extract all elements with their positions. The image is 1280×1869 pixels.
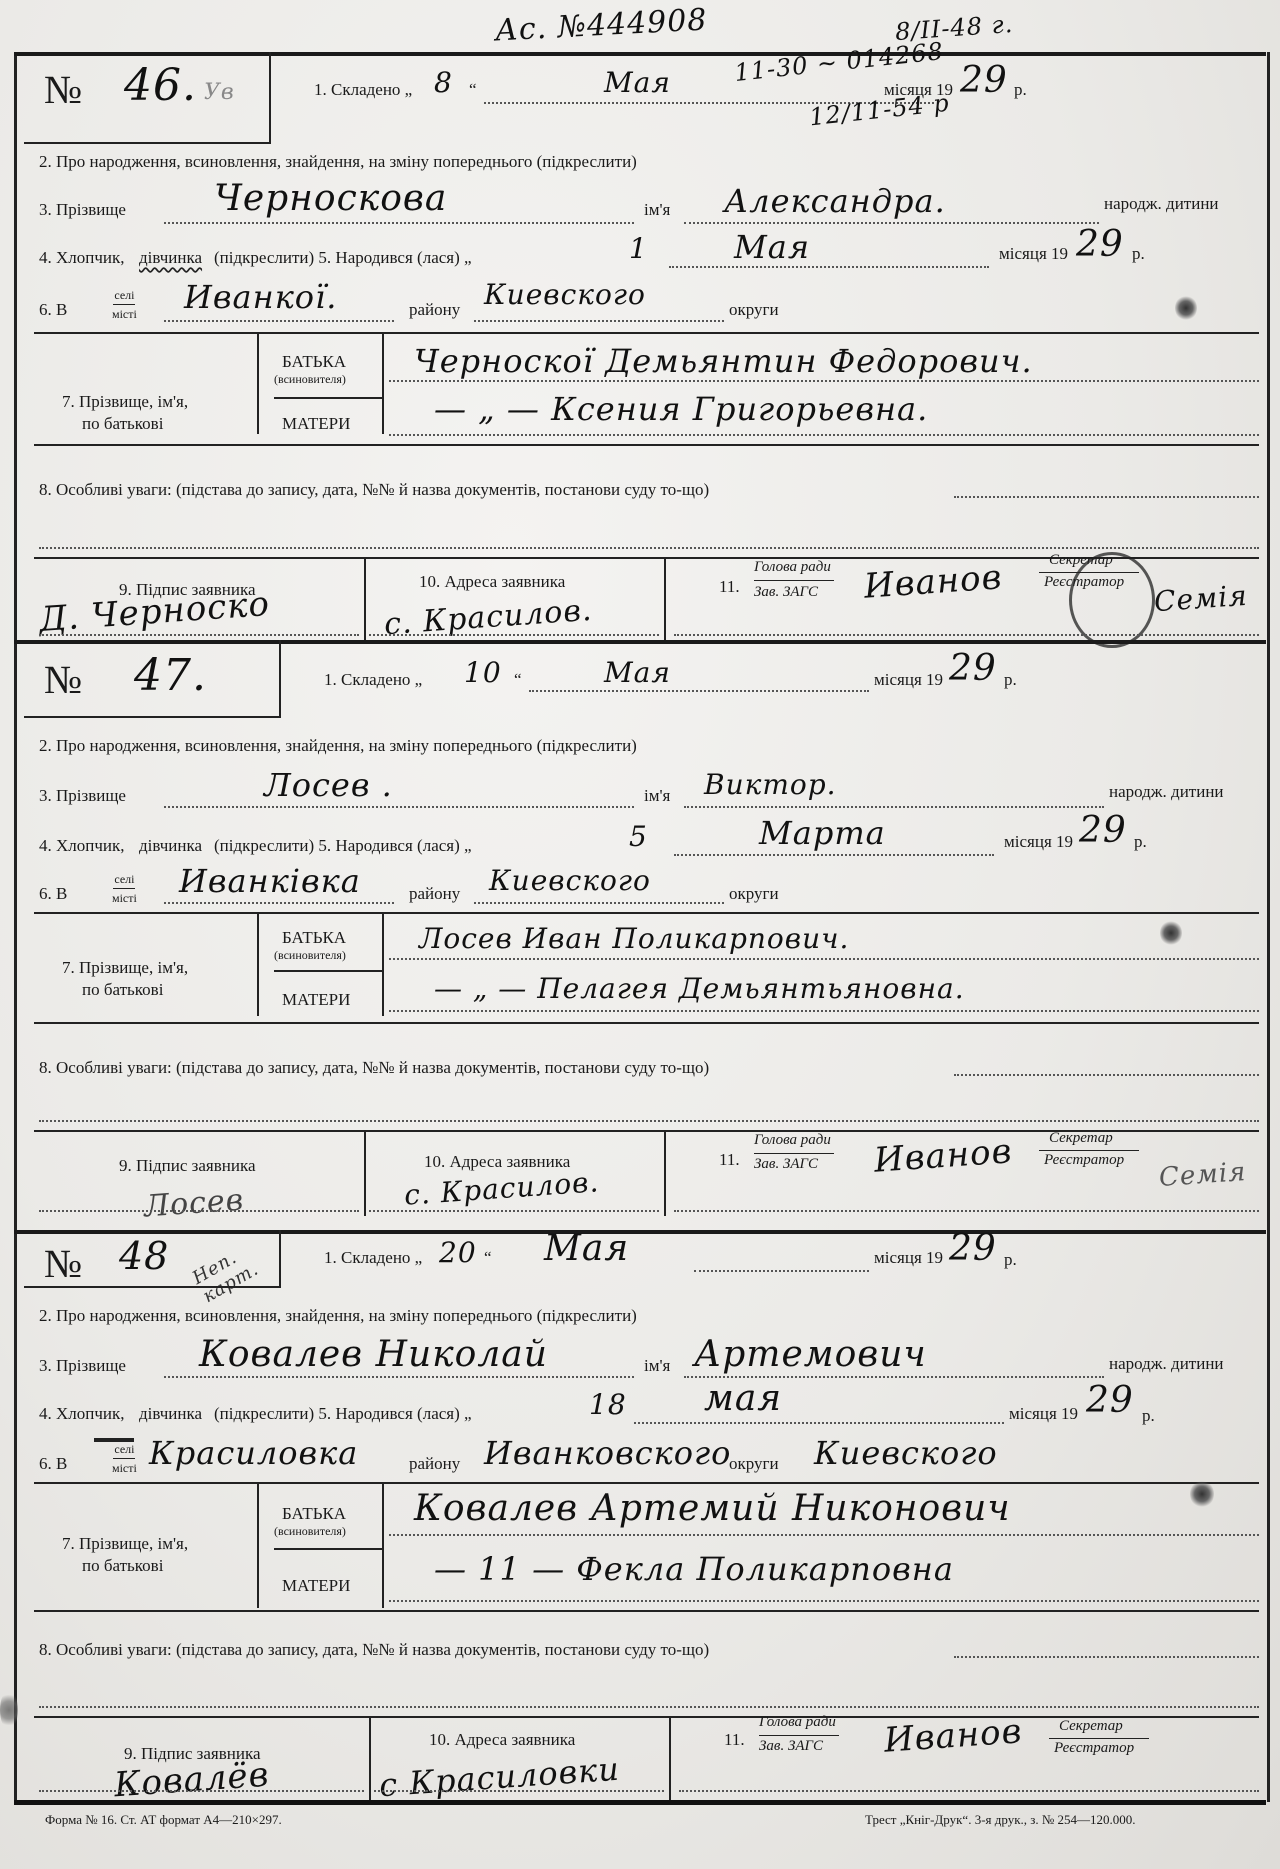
label-given-name: ім'я	[644, 786, 670, 806]
secretary-fraction-bar	[1049, 1738, 1149, 1739]
edge-wear	[0, 1690, 18, 1730]
composed-day: 10	[464, 656, 502, 689]
given-name-value: Александра.	[724, 182, 946, 220]
parents-divider-2	[382, 1484, 384, 1608]
label-born: (підкреслити) 5. Народився (лася) „	[214, 836, 472, 856]
entry-number-note: Неп. карт.	[189, 1231, 279, 1307]
label-parents-2: по батькові	[82, 414, 163, 434]
label-about: 2. Про народження, всиновлення, знайденн…	[39, 1306, 637, 1326]
label-official-num: 11.	[719, 577, 740, 597]
label-secretary: Секретар	[1059, 1718, 1123, 1735]
label-district: району	[409, 884, 460, 904]
label-city: місті	[112, 307, 137, 321]
label-city: місті	[112, 891, 137, 905]
page-bottom-rule	[14, 1800, 1266, 1805]
label-composed: 1. Складено „	[314, 80, 412, 100]
label-notes: 8. Особливі уваги: (підстава до запису, …	[39, 1640, 709, 1660]
head-zags-fraction-bar	[754, 1153, 834, 1154]
label-in: 6. В	[39, 300, 67, 320]
father-value: Черноскої Демьянтин Федорович.	[414, 342, 1033, 380]
birth-month-line	[674, 854, 994, 856]
district-line	[474, 320, 724, 322]
label-girl-underlined: дівчинка	[139, 248, 202, 268]
ink-smudge	[1160, 920, 1182, 946]
label-father: БАТЬКА	[282, 1504, 346, 1524]
year-suffix: р.	[1132, 244, 1145, 264]
applicant-address-value: с. Красилов.	[403, 1165, 600, 1212]
number-sign: №	[44, 66, 82, 113]
sig-divider-1	[364, 1132, 366, 1216]
ink-smudge	[1190, 1480, 1214, 1508]
given-name-line	[684, 806, 1104, 808]
label-born: (підкреслити) 5. Народився (лася) „	[214, 248, 472, 268]
father-value: Ковалев Артемий Никонович	[414, 1488, 1011, 1529]
composed-day: 8	[434, 66, 453, 99]
label-composed: 1. Складено „	[324, 1248, 422, 1268]
label-surname: 3. Прізвище	[39, 1356, 126, 1376]
surname-line	[164, 222, 634, 224]
parents-divider-2	[382, 334, 384, 434]
label-born: (підкреслити) 5. Народився (лася) „	[214, 1404, 472, 1424]
mother-line	[389, 1010, 1259, 1012]
label-registrar: Реєстратор	[1054, 1740, 1134, 1757]
section-rule	[34, 1610, 1259, 1612]
surname-value: Ковалев Николай	[199, 1334, 548, 1375]
given-name-value: Артемович	[694, 1334, 927, 1375]
official-signature: Иванов	[873, 1131, 1014, 1181]
label-city: місті	[112, 1461, 137, 1475]
label-month: місяця 19	[999, 244, 1068, 264]
label-district: району	[409, 300, 460, 320]
label-month: місяця 19	[884, 80, 953, 100]
surname-value: Лосев .	[264, 766, 393, 804]
place-value: Иванківка	[179, 862, 361, 900]
head-zags-fraction-bar	[754, 580, 834, 581]
registrar-signature: Семія	[1158, 1157, 1247, 1193]
notes-line-2	[39, 1120, 1259, 1122]
sig-divider-2	[669, 1718, 671, 1802]
surname-line	[164, 806, 634, 808]
birth-month-line	[634, 1422, 1004, 1424]
register-entry-48: № 48 Неп. карт. 1. Складено „ 20 “ Мая м…	[14, 1230, 1266, 1802]
label-mother: МАТЕРИ	[282, 990, 350, 1010]
composed-month: Мая	[604, 656, 671, 689]
label-birth-child: народж. дитини	[1109, 1354, 1224, 1374]
year-suffix: р.	[1014, 80, 1027, 100]
village-city-fraction: селімісті	[112, 1442, 137, 1475]
birth-month: Марта	[759, 814, 886, 852]
label-zags-head: Зав. ЗАГС	[759, 1738, 823, 1755]
entry-number-note: Ув	[204, 80, 235, 105]
label-village: селі	[114, 872, 134, 886]
number-box-divider	[279, 1230, 281, 1286]
father-mother-split	[274, 970, 384, 972]
entry-number: 46.	[124, 60, 197, 111]
village-city-fraction: селімісті	[112, 872, 137, 905]
composed-day: 20	[439, 1236, 477, 1269]
label-birth-child: народж. дитини	[1109, 782, 1224, 802]
label-okrug: округи	[729, 300, 779, 320]
surname-line	[164, 1376, 634, 1378]
place-value: Иванкої.	[184, 278, 337, 316]
label-adopter: (всиновителя)	[274, 948, 346, 963]
place-line	[164, 320, 394, 322]
parents-divider-1	[257, 1484, 259, 1608]
label-month: місяця 19	[1009, 1404, 1078, 1424]
applicant-sign-line	[39, 1210, 359, 1212]
entry-number-box: № 46. Ув	[24, 52, 274, 142]
notes-line-1	[954, 1074, 1259, 1076]
register-page: Ас. №444908 8/ІІ-48 г. № 46. Ув 1. Склад…	[0, 0, 1280, 1869]
label-okrug: округи	[729, 1454, 779, 1474]
district-value: Иванковского	[484, 1434, 731, 1472]
sig-divider-1	[364, 558, 366, 640]
label-given-name: ім'я	[644, 1356, 670, 1376]
official-sign-line	[674, 634, 1259, 636]
year-suffix: р.	[1134, 832, 1147, 852]
parents-divider-1	[257, 914, 259, 1016]
birth-day: 1	[629, 232, 648, 265]
year-suffix: р.	[1004, 670, 1017, 690]
applicant-sign-line	[39, 1790, 364, 1792]
label-notes: 8. Особливі уваги: (підстава до запису, …	[39, 1058, 709, 1078]
address-line	[369, 1210, 659, 1212]
birth-day: 18	[589, 1388, 627, 1421]
label-girl: дівчинка	[139, 1404, 202, 1424]
composed-dotted-line	[694, 1270, 869, 1272]
year-suffix: р.	[1142, 1406, 1155, 1426]
ink-smudge	[1175, 295, 1197, 321]
label-given-name: ім'я	[644, 200, 670, 220]
label-zags-head: Зав. ЗАГС	[754, 584, 818, 601]
mother-value: — „ — Ксения Григорьевна.	[434, 390, 928, 428]
label-parents-1: 7. Прізвище, ім'я,	[62, 958, 188, 978]
section-rule	[34, 1482, 1259, 1484]
number-box-divider	[269, 52, 271, 144]
label-boy: 4. Хлопчик,	[39, 1404, 125, 1424]
composed-year: 29	[949, 1228, 997, 1269]
head-zags-fraction-bar	[759, 1735, 839, 1736]
section-rule	[34, 1022, 1259, 1024]
father-line	[389, 380, 1259, 382]
father-mother-split	[274, 397, 384, 399]
label-notes: 8. Особливі уваги: (підстава до запису, …	[39, 480, 709, 500]
label-parents-2: по батькові	[82, 980, 163, 1000]
mother-line	[389, 434, 1259, 436]
number-box-divider	[279, 640, 281, 718]
year-suffix: р.	[1004, 1250, 1017, 1270]
label-boy: 4. Хлопчик,	[39, 248, 125, 268]
applicant-signature: Лосев	[143, 1183, 245, 1225]
label-surname: 3. Прізвище	[39, 200, 126, 220]
district-line	[474, 902, 724, 904]
section-rule	[34, 332, 1259, 334]
printer-footer: Трест „Кніг-Друк“. 3-я друк., з. № 254—1…	[865, 1812, 1136, 1828]
archive-reference-note: Ас. №444908	[494, 2, 708, 48]
place-value: Красиловка	[149, 1434, 358, 1472]
address-line	[369, 634, 659, 636]
composed-month: Мая	[544, 1228, 629, 1269]
label-month: місяця 19	[874, 1248, 943, 1268]
label-head-of-council: Голова ради	[754, 559, 831, 576]
label-adopter: (всиновителя)	[274, 372, 346, 387]
number-sign: №	[44, 1240, 82, 1287]
applicant-address-value: с Красиловки	[378, 1750, 621, 1805]
number-sign: №	[44, 656, 82, 703]
quote-close: “	[514, 670, 522, 690]
label-mother: МАТЕРИ	[282, 1576, 350, 1596]
label-mother: МАТЕРИ	[282, 414, 350, 434]
birth-year: 29	[1079, 810, 1127, 851]
label-birth-child: народж. дитини	[1104, 194, 1219, 214]
birth-month-line	[669, 266, 989, 268]
official-sign-line	[679, 1790, 1259, 1792]
father-mother-split	[274, 1548, 384, 1550]
label-parents-2: по батькові	[82, 1556, 163, 1576]
official-sign-line	[674, 1210, 1259, 1212]
label-surname: 3. Прізвище	[39, 786, 126, 806]
label-district: району	[409, 1454, 460, 1474]
label-okrug: округи	[729, 884, 779, 904]
label-applicant-address: 10. Адреса заявника	[429, 1730, 575, 1750]
quote-close: “	[469, 80, 477, 100]
father-line	[389, 1534, 1259, 1536]
applicant-sign-line	[39, 634, 359, 636]
okrug-value: Киевского	[814, 1434, 998, 1472]
given-name-value: Виктор.	[704, 768, 837, 801]
registrar-signature: Семія	[1153, 579, 1249, 618]
secretary-fraction-bar	[1039, 1150, 1139, 1151]
label-parents-1: 7. Прізвище, ім'я,	[62, 1534, 188, 1554]
label-about: 2. Про народження, всиновлення, знайденн…	[39, 736, 637, 756]
place-line	[164, 902, 394, 904]
label-composed: 1. Складено „	[324, 670, 422, 690]
notes-line-1	[954, 496, 1259, 498]
entry-number: 47.	[134, 650, 207, 701]
address-line	[374, 1790, 664, 1792]
section-rule	[34, 444, 1259, 446]
mother-line	[389, 1600, 1259, 1602]
composed-year: 29	[949, 648, 997, 689]
mother-value: — „ — Пелагея Демьянтьяновна.	[434, 972, 965, 1005]
birth-month: Мая	[734, 228, 810, 266]
village-city-fraction: селімісті	[112, 288, 137, 321]
label-month: місяця 19	[1004, 832, 1073, 852]
label-registrar: Реєстратор	[1044, 1152, 1124, 1169]
sig-divider-1	[369, 1718, 371, 1802]
number-box-bottom	[24, 1286, 281, 1288]
birth-year: 29	[1086, 1380, 1134, 1421]
label-month: місяця 19	[874, 670, 943, 690]
composed-year: 29	[960, 60, 1008, 101]
label-village: селі	[114, 288, 134, 302]
label-adopter: (всиновителя)	[274, 1524, 346, 1539]
entry-number: 48	[119, 1234, 169, 1278]
label-official-num: 11.	[719, 1150, 740, 1170]
label-official-num: 11.	[724, 1730, 745, 1750]
notes-line-2	[39, 1706, 1259, 1708]
surname-value: Черноскова	[214, 178, 447, 219]
label-girl: дівчинка	[139, 836, 202, 856]
label-head-of-council: Голова ради	[754, 1132, 831, 1149]
label-parents-1: 7. Прізвище, ім'я,	[62, 392, 188, 412]
form-number-footer: Форма № 16. Ст. АТ формат А4—210×297.	[45, 1812, 282, 1828]
district-value: Киевского	[484, 278, 646, 311]
label-father: БАТЬКА	[282, 352, 346, 372]
number-box-bottom	[24, 716, 281, 718]
label-about: 2. Про народження, всиновлення, знайденн…	[39, 152, 637, 172]
parents-divider-1	[257, 334, 259, 434]
father-line	[389, 958, 1259, 960]
label-boy: 4. Хлопчик,	[39, 836, 125, 856]
composed-month: Мая	[604, 66, 671, 99]
label-father: БАТЬКА	[282, 928, 346, 948]
parents-divider-2	[382, 914, 384, 1016]
mother-value: — 11 — Фекла Поликарповна	[434, 1550, 954, 1588]
birth-day: 5	[629, 820, 648, 853]
official-signature: Иванов	[883, 1711, 1024, 1761]
label-in: 6. В	[39, 884, 67, 904]
label-zags-head: Зав. ЗАГС	[754, 1156, 818, 1173]
quote-close: “	[484, 1248, 492, 1268]
label-head-of-council: Голова ради	[759, 1714, 836, 1731]
label-village: селі	[114, 1442, 134, 1456]
birth-month: мая	[704, 1378, 782, 1419]
label-applicant-address: 10. Адреса заявника	[419, 572, 565, 592]
notes-line-2	[39, 547, 1259, 549]
district-value: Киевского	[489, 864, 651, 897]
section-rule	[34, 912, 1259, 914]
register-entry-47: № 47. 1. Складено „ 10 “ Мая місяця 19 2…	[14, 640, 1266, 1230]
applicant-signature: Д. Черноско	[38, 584, 271, 640]
label-secretary: Секретар	[1049, 1130, 1113, 1147]
label-in: 6. В	[39, 1454, 67, 1474]
father-value: Лосев Иван Поликарпович.	[419, 922, 849, 955]
number-box-bottom	[24, 142, 271, 144]
given-name-line	[684, 222, 1099, 224]
sig-divider-2	[664, 558, 666, 640]
sig-divider-2	[664, 1132, 666, 1216]
birth-year: 29	[1076, 224, 1124, 265]
register-entry-46: № 46. Ув 1. Складено „ 8 “ Мая 11-30 ~ 0…	[14, 52, 1266, 642]
notes-line-1	[954, 1656, 1259, 1658]
official-signature: Иванов	[863, 557, 1004, 607]
composed-dotted-line	[529, 690, 869, 692]
label-applicant-signature: 9. Підпис заявника	[119, 1156, 256, 1176]
